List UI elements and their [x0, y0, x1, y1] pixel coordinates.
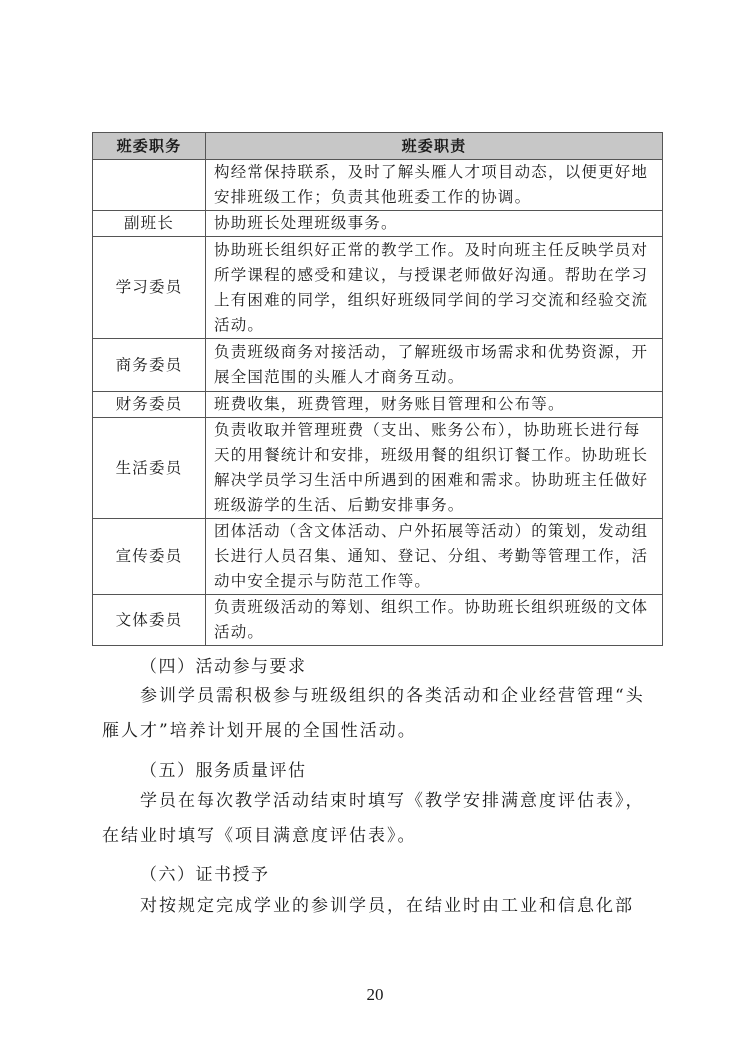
- document-page: 班委职务 班委职责 构经常保持联系，及时了解头雁人才项目动态，以便更好地安排班级…: [0, 0, 750, 1060]
- header-duty: 班委职责: [206, 133, 663, 160]
- duty-cell: 负责班级活动的筹划、组织工作。协助班长组织班级的文体活动。: [206, 595, 663, 646]
- header-role: 班委职务: [93, 133, 206, 160]
- role-cell: 副班长: [93, 211, 206, 237]
- table-row: 文体委员 负责班级活动的筹划、组织工作。协助班长组织班级的文体活动。: [93, 595, 663, 646]
- table-header-row: 班委职务 班委职责: [93, 133, 663, 160]
- table-row: 财务委员 班费收集，班费管理，财务账目管理和公布等。: [93, 392, 663, 418]
- section-heading-certificate: （六）证书授予: [140, 860, 270, 885]
- duty-cell: 协助班长组织好正常的教学工作。及时向班主任反映学员对所学课程的感受和建议，与授课…: [206, 237, 663, 339]
- role-cell: 文体委员: [93, 595, 206, 646]
- duty-cell: 构经常保持联系，及时了解头雁人才项目动态，以便更好地安排班级工作；负责其他班委工…: [206, 160, 663, 211]
- role-cell: 学习委员: [93, 237, 206, 339]
- class-committee-duties-table: 班委职务 班委职责 构经常保持联系，及时了解头雁人才项目动态，以便更好地安排班级…: [92, 132, 663, 646]
- table-row: 学习委员 协助班长组织好正常的教学工作。及时向班主任反映学员对所学课程的感受和建…: [93, 237, 663, 339]
- section-body-certificate: 对按规定完成学业的参训学员，在结业时由工业和信息化部: [102, 889, 662, 924]
- section-body-service-quality: 学员在每次教学活动结束时填写《教学安排满意度评估表》，在结业时填写《项目满意度评…: [102, 784, 662, 854]
- role-cell: [93, 160, 206, 211]
- duty-cell: 负责班级商务对接活动，了解班级市场需求和优势资源，开展全国范围的头雁人才商务互动…: [206, 339, 663, 392]
- duty-cell: 负责收取并管理班费（支出、账务公布），协助班长进行每天的用餐统计和安排，班级用餐…: [206, 418, 663, 519]
- duty-cell: 班费收集，班费管理，财务账目管理和公布等。: [206, 392, 663, 418]
- table-row: 生活委员 负责收取并管理班费（支出、账务公布），协助班长进行每天的用餐统计和安排…: [93, 418, 663, 519]
- table-row: 宣传委员 团体活动（含文体活动、户外拓展等活动）的策划，发动组长进行人员召集、通…: [93, 519, 663, 595]
- table-row: 构经常保持联系，及时了解头雁人才项目动态，以便更好地安排班级工作；负责其他班委工…: [93, 160, 663, 211]
- section-heading-activity-participation: （四）活动参与要求: [140, 652, 307, 677]
- role-cell: 宣传委员: [93, 519, 206, 595]
- table-row: 副班长 协助班长处理班级事务。: [93, 211, 663, 237]
- section-heading-service-quality: （五）服务质量评估: [140, 756, 307, 781]
- table-row: 商务委员 负责班级商务对接活动，了解班级市场需求和优势资源，开展全国范围的头雁人…: [93, 339, 663, 392]
- role-cell: 商务委员: [93, 339, 206, 392]
- role-cell: 财务委员: [93, 392, 206, 418]
- duty-cell: 团体活动（含文体活动、户外拓展等活动）的策划，发动组长进行人员召集、通知、登记、…: [206, 519, 663, 595]
- duty-cell: 协助班长处理班级事务。: [206, 211, 663, 237]
- section-body-activity-participation: 参训学员需积极参与班级组织的各类活动和企业经营管理“头雁人才”培养计划开展的全国…: [102, 679, 662, 749]
- role-cell: 生活委员: [93, 418, 206, 519]
- page-number: 20: [0, 985, 750, 1005]
